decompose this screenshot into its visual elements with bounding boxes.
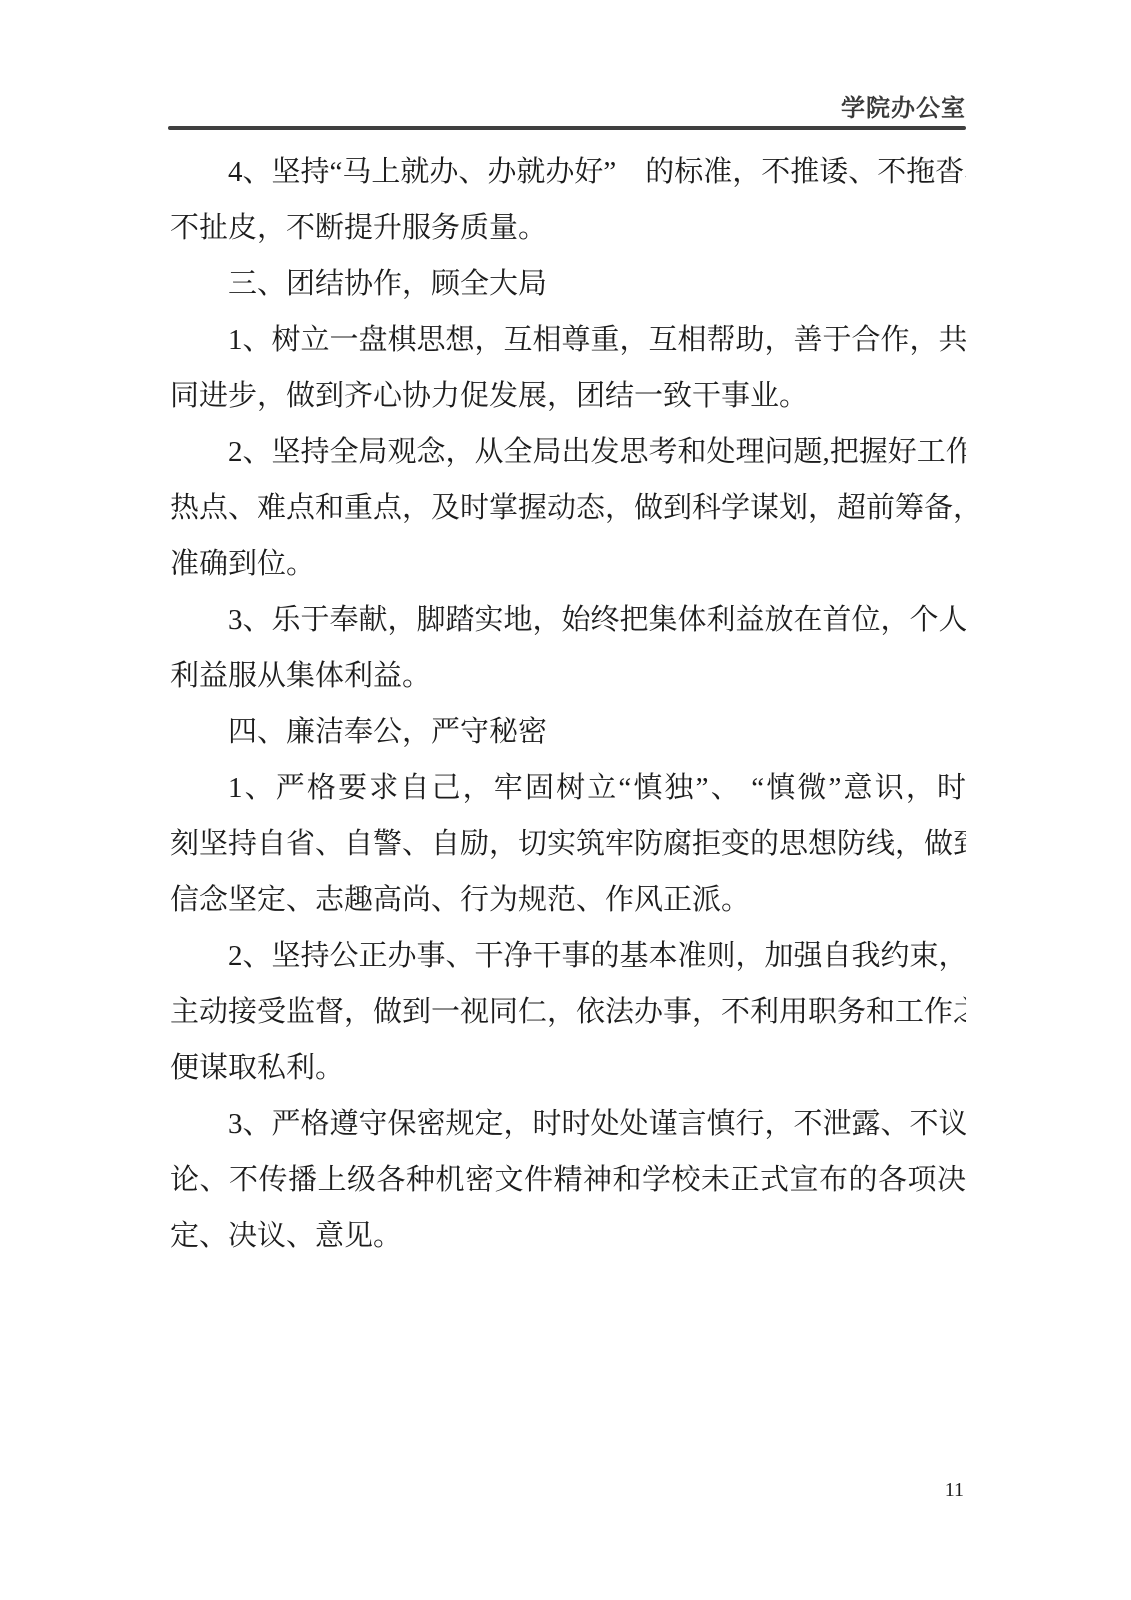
paragraph-line: 3、严格遵守保密规定，时时处处谨言慎行，不泄露、不议 — [170, 1096, 966, 1152]
paragraph-line: 热点、难点和重点，及时掌握动态，做到科学谋划，超前筹备， — [170, 480, 966, 536]
header-office-label: 学院办公室 — [841, 88, 966, 123]
paragraph-line: 利益服从集体利益。 — [170, 648, 966, 704]
paragraph-line: 同进步，做到齐心协力促发展，团结一致干事业。 — [170, 368, 966, 424]
page-number: 11 — [945, 1479, 964, 1502]
paragraph-line: 定、决议、意见。 — [170, 1208, 966, 1264]
section-heading-line: 三、团结协作，顾全大局 — [170, 256, 966, 312]
document-body: 4、坚持“马上就办、办就办好” 的标准，不推诿、不拖沓、不扯皮，不断提升服务质量… — [170, 144, 966, 1264]
paragraph-line: 1、树立一盘棋思想，互相尊重，互相帮助，善于合作，共 — [170, 312, 966, 368]
document-page: 学院办公室 4、坚持“马上就办、办就办好” 的标准，不推诿、不拖沓、不扯皮，不断… — [0, 0, 1131, 1600]
paragraph-line: 准确到位。 — [170, 536, 966, 592]
paragraph-line: 便谋取私利。 — [170, 1040, 966, 1096]
header-rule — [168, 126, 966, 130]
paragraph-line: 不扯皮，不断提升服务质量。 — [170, 200, 966, 256]
section-heading-line: 四、廉洁奉公，严守秘密 — [170, 704, 966, 760]
paragraph-line: 2、坚持全局观念，从全局出发思考和处理问题,把握好工作 — [170, 424, 966, 480]
paragraph-line: 主动接受监督，做到一视同仁，依法办事，不利用职务和工作之 — [170, 984, 966, 1040]
paragraph-line: 2、坚持公正办事、干净干事的基本准则，加强自我约束， — [170, 928, 966, 984]
paragraph-line: 1、严格要求自己，牢固树立“慎独”、 “慎微”意识，时 — [170, 760, 966, 816]
paragraph-line: 论、不传播上级各种机密文件精神和学校未正式宣布的各项决 — [170, 1152, 966, 1208]
paragraph-line: 3、乐于奉献，脚踏实地，始终把集体利益放在首位，个人 — [170, 592, 966, 648]
paragraph-line: 刻坚持自省、自警、自励，切实筑牢防腐拒变的思想防线，做到 — [170, 816, 966, 872]
paragraph-line: 信念坚定、志趣高尚、行为规范、作风正派。 — [170, 872, 966, 928]
paragraph-line: 4、坚持“马上就办、办就办好” 的标准，不推诿、不拖沓、 — [170, 144, 966, 200]
